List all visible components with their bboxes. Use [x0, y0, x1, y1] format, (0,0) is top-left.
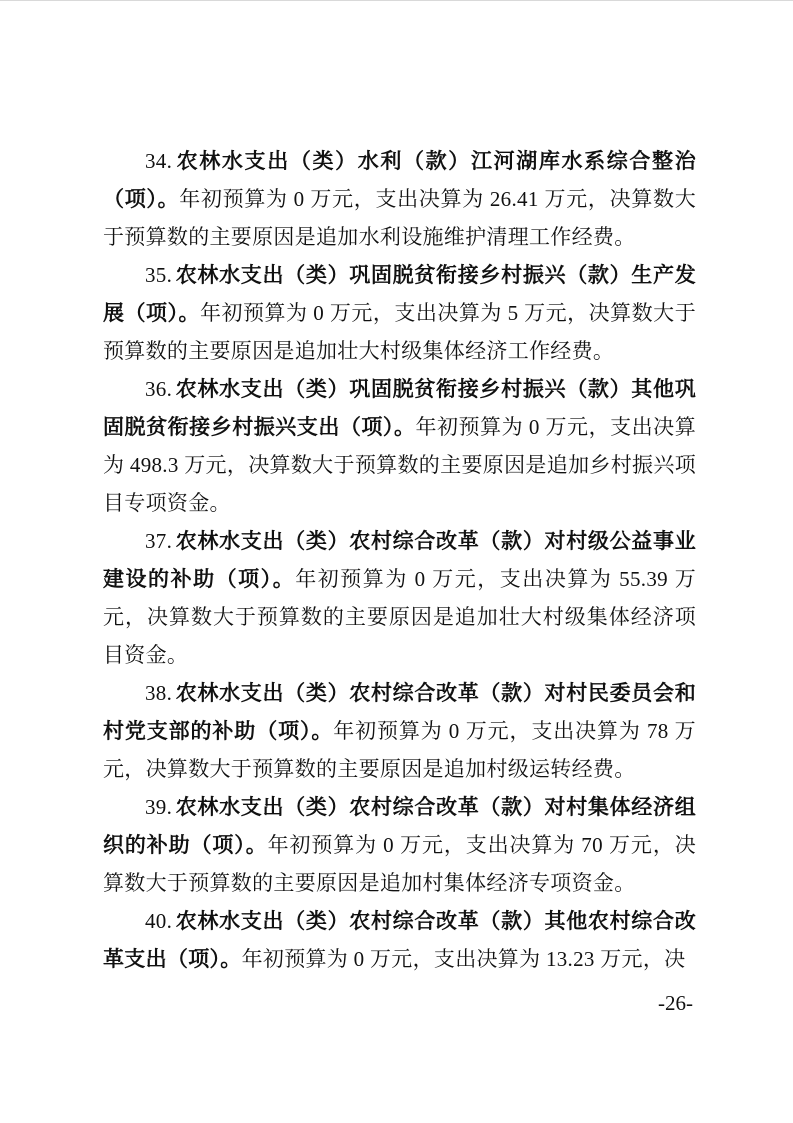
document-body: 34.农林水支出（类）水利（款）江河湖库水系综合整治（项）。年初预算为 0 万元… — [103, 142, 696, 978]
paragraph-body: 年初预算为 0 万元，支出决算为 13.23 万元，决 — [242, 947, 686, 971]
paragraph-number: 34. — [145, 149, 172, 173]
paragraph-number: 37. — [145, 529, 172, 553]
paragraph-number: 38. — [145, 681, 172, 705]
paragraph-number: 36. — [145, 377, 172, 401]
paragraph-body: 年初预算为 0 万元，支出决算为 26.41 万元，决算数大于预算数的主要原因是… — [103, 187, 696, 249]
paragraph: 36.农林水支出（类）巩固脱贫衔接乡村振兴（款）其他巩固脱贫衔接乡村振兴支出（项… — [103, 370, 696, 522]
document-page: 34.农林水支出（类）水利（款）江河湖库水系综合整治（项）。年初预算为 0 万元… — [0, 0, 793, 1123]
paragraph-number: 39. — [145, 795, 172, 819]
paragraph-number: 35. — [145, 263, 172, 287]
paragraph: 37.农林水支出（类）农村综合改革（款）对村级公益事业建设的补助（项）。年初预算… — [103, 522, 696, 674]
paragraph: 38.农林水支出（类）农村综合改革（款）对村民委员会和村党支部的补助（项）。年初… — [103, 674, 696, 788]
paragraph-number: 40. — [145, 909, 172, 933]
paragraph: 34.农林水支出（类）水利（款）江河湖库水系综合整治（项）。年初预算为 0 万元… — [103, 142, 696, 256]
paragraph: 40.农林水支出（类）农村综合改革（款）其他农村综合改革支出（项）。年初预算为 … — [103, 902, 696, 978]
paragraph: 39.农林水支出（类）农村综合改革（款）对村集体经济组织的补助（项）。年初预算为… — [103, 788, 696, 902]
page-number: -26- — [658, 991, 693, 1015]
paragraph: 35.农林水支出（类）巩固脱贫衔接乡村振兴（款）生产发展（项）。年初预算为 0 … — [103, 256, 696, 370]
